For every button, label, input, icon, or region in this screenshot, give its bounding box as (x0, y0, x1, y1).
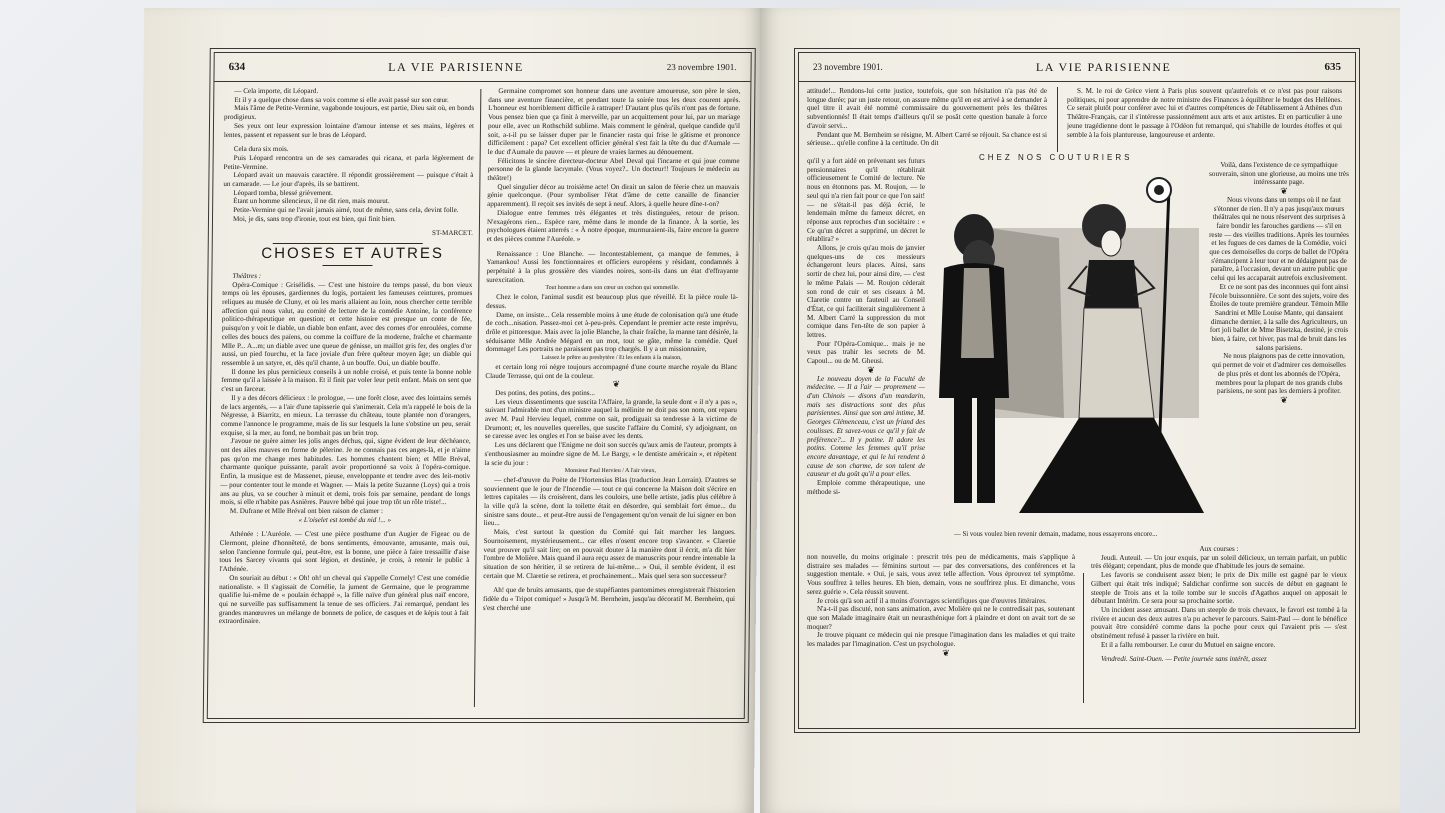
magazine-spread: 634 LA VIE PARISIENNE 23 novembre 1901. … (140, 8, 1425, 813)
paragraph: J'avoue ne guère aimer les jolis anges d… (220, 437, 471, 507)
paragraph: Léopard avait un mauvais caractère. Il r… (223, 171, 473, 188)
paragraph: Nous vivons dans un temps où il ne faut … (1209, 196, 1349, 283)
paragraph: Les favoris se conduisent assez bien; le… (1091, 571, 1347, 606)
paragraph: Vendredi. Saint-Ouen. — Petite journée s… (1091, 655, 1347, 664)
right-bottom-right-text: Aux courses : Jeudi. Auteuil. — Un jour … (1091, 545, 1347, 715)
paragraph: Voilà, dans l'existence de ce sympathiqu… (1209, 161, 1349, 187)
verse: Laissez le prêtre au presbytère / Et les… (485, 354, 737, 363)
left-column-2: Germaine compromet son honneur dans une … (482, 87, 741, 712)
paragraph: Germaine compromet son honneur dans une … (488, 87, 741, 157)
paragraph: Pendant que M. Bernheim se résigne, M. A… (807, 131, 1047, 148)
paragraph: Il y a des décors délicieux : le prologu… (221, 394, 471, 438)
fleuron-icon: ❦ (1209, 187, 1349, 196)
paragraph: Moi, je dis, sans trop d'ironie, tout es… (223, 215, 473, 224)
paragraph: Ses yeux ont leur expression lointaine d… (224, 122, 474, 139)
left-column-1: — Cela importe, dit Léopard. Et il y a q… (218, 87, 475, 712)
right-page: 23 novembre 1901. LA VIE PARISIENNE 635 … (760, 8, 1400, 813)
paragraph: On souriait au début : « Oh! oh! un chev… (219, 574, 470, 626)
paragraph: Puis Léopard rencontra un de ses camarad… (224, 154, 474, 171)
paragraph: Félicitons le sincère directeur-docteur … (487, 157, 739, 183)
paragraph: Le nouveau doyen de la Faculté de médeci… (807, 375, 925, 479)
paragraph: Emploie comme thérapeutique, une méthode… (807, 479, 925, 496)
right-right-narrow-column: Voilà, dans l'existence de ce sympathiqu… (1209, 161, 1349, 561)
left-page: 634 LA VIE PARISIENNE 23 novembre 1901. … (136, 8, 762, 813)
issue-date: 23 novembre 1901. (813, 62, 883, 72)
paragraph: Chez le colon, l'animal susdit est beauc… (486, 293, 738, 310)
paragraph: — Cela importe, dit Léopard. (224, 87, 474, 96)
paragraph: Mais, c'est surtout la question du Comit… (483, 528, 736, 580)
paragraph: Les vieux dissentiments que suscita l'Af… (485, 398, 737, 442)
paragraph: Pour l'Opéra-Comique... mais je ne veux … (807, 340, 925, 366)
verse: Monsieur Paul Hervieu / A l'air vieux, (484, 467, 736, 476)
paragraph: S. M. le roi de Grèce vient à Paris plus… (1067, 87, 1342, 139)
column-divider (1057, 87, 1058, 152)
paragraph: Je trouve piquant ce médecin qui nie pre… (807, 631, 1075, 648)
issue-date: 23 novembre 1901. (667, 62, 737, 72)
paragraph: Opéra-Comique : Grisélidis. — C'est une … (221, 281, 472, 368)
paragraph: Mais l'âme de Petite-Vermine, vagabonde … (224, 104, 474, 121)
paragraph: Des potins, des potins, des potins... (485, 389, 737, 398)
illustration-caption: — Si vous voulez bien revenir demain, ma… (954, 531, 1157, 538)
fleuron-icon: ❦ (485, 380, 737, 389)
illustration-title: CHEZ NOS COUTURIERS (979, 153, 1132, 162)
paragraph: Allons, je crois qu'au mois de janvier q… (807, 244, 925, 340)
right-page-frame: 23 novembre 1901. LA VIE PARISIENNE 635 … (798, 52, 1356, 729)
publication-title: LA VIE PARISIENNE (1036, 60, 1172, 75)
paragraph: Étant un homme silencieux, il ne dit rie… (223, 197, 473, 206)
paragraph: Quel singulier décor au troisième acte! … (487, 183, 739, 209)
paragraph: Et il y a quelque chose dans sa voix com… (224, 96, 474, 105)
column-divider (474, 89, 481, 707)
paragraph: Athénée : L'Auréole. — C'est une pièce p… (219, 530, 469, 574)
right-left-narrow-column: qu'il y a fort aidé en prévenant ses fut… (807, 157, 925, 542)
paragraph: Et il a fallu rembourser. Le cœur du Mut… (1091, 641, 1347, 650)
paragraph: non nouvelle, du moins originale : presc… (807, 553, 1075, 597)
fleuron-icon: ❦ (807, 649, 1075, 658)
right-bottom-left-text: non nouvelle, du moins originale : presc… (807, 553, 1075, 703)
paragraph: Petite-Vermine qui ne l'avait jamais aim… (223, 206, 473, 215)
paragraph: Ah! que de bruits amusants, que de stupé… (483, 586, 735, 612)
page-number: 634 (229, 61, 246, 73)
paragraph: Un incident assez amusant. Dans un steep… (1091, 606, 1347, 641)
paragraph: et certain long roi nègre toujours accom… (485, 363, 737, 380)
author-signature: ST-MARCET. (223, 229, 473, 238)
paragraph: Renaissance : Une Blanche. — Incontestab… (486, 250, 738, 285)
paragraph: Ne nous plaignons pas de cette innovatio… (1209, 352, 1349, 396)
quote: « L'oiselet est tombé du nid !... » (220, 516, 470, 525)
paragraph: Dialogue entre femmes très élégantes et … (487, 209, 739, 244)
running-header-right: 23 novembre 1901. LA VIE PARISIENNE 635 (799, 53, 1355, 82)
paragraph: Cela dura six mois. (224, 145, 474, 154)
paragraph: Dame, on insiste... Cela ressemble moins… (486, 311, 738, 355)
paragraph: Et ce ne sont pas des inconnues qui font… (1209, 283, 1349, 353)
divider-rule (323, 265, 373, 266)
subhead: Aux courses : (1091, 545, 1347, 554)
paragraph: attitude!... Rendons-lui cette justice, … (807, 87, 1047, 131)
publication-title: LA VIE PARISIENNE (388, 60, 524, 75)
paragraph: Léopard tomba, blessé grièvement. (223, 189, 473, 198)
paragraph: Les uns déclarent que l'Enigme ne doit s… (484, 441, 736, 467)
paragraph: — chef-d'œuvre du Poète de l'Hortensius … (484, 476, 737, 528)
paragraph: M. Dufrane et Mlle Bréval ont bien raiso… (220, 507, 470, 516)
divider-rule (273, 243, 423, 244)
aside: Tout homme a dans son cœur un cochon qui… (486, 284, 738, 293)
section-title: CHOSES ET AUTRES (223, 250, 473, 259)
paragraph: Je crois qu'à son actif il a moins d'ouv… (807, 597, 1075, 606)
fleuron-icon: ❦ (807, 366, 925, 375)
subhead: Théâtres : (222, 272, 472, 281)
couturier-illustration (929, 168, 1209, 528)
paragraph: qu'il y a fort aidé en prévenant ses fut… (807, 157, 925, 244)
left-page-frame: 634 LA VIE PARISIENNE 23 novembre 1901. … (207, 52, 752, 719)
running-header-left: 634 LA VIE PARISIENNE 23 novembre 1901. (214, 53, 750, 82)
page-number: 635 (1324, 61, 1341, 73)
paragraph: Jeudi. Auteuil. — Un jour exquis, par un… (1091, 554, 1347, 571)
paragraph: N'a-t-il pas discuté, non sans animation… (807, 605, 1075, 631)
column-divider (1083, 573, 1084, 703)
fleuron-icon: ❦ (1209, 396, 1349, 405)
paragraph: Il donne les plus pernicieux conseils à … (221, 368, 471, 394)
